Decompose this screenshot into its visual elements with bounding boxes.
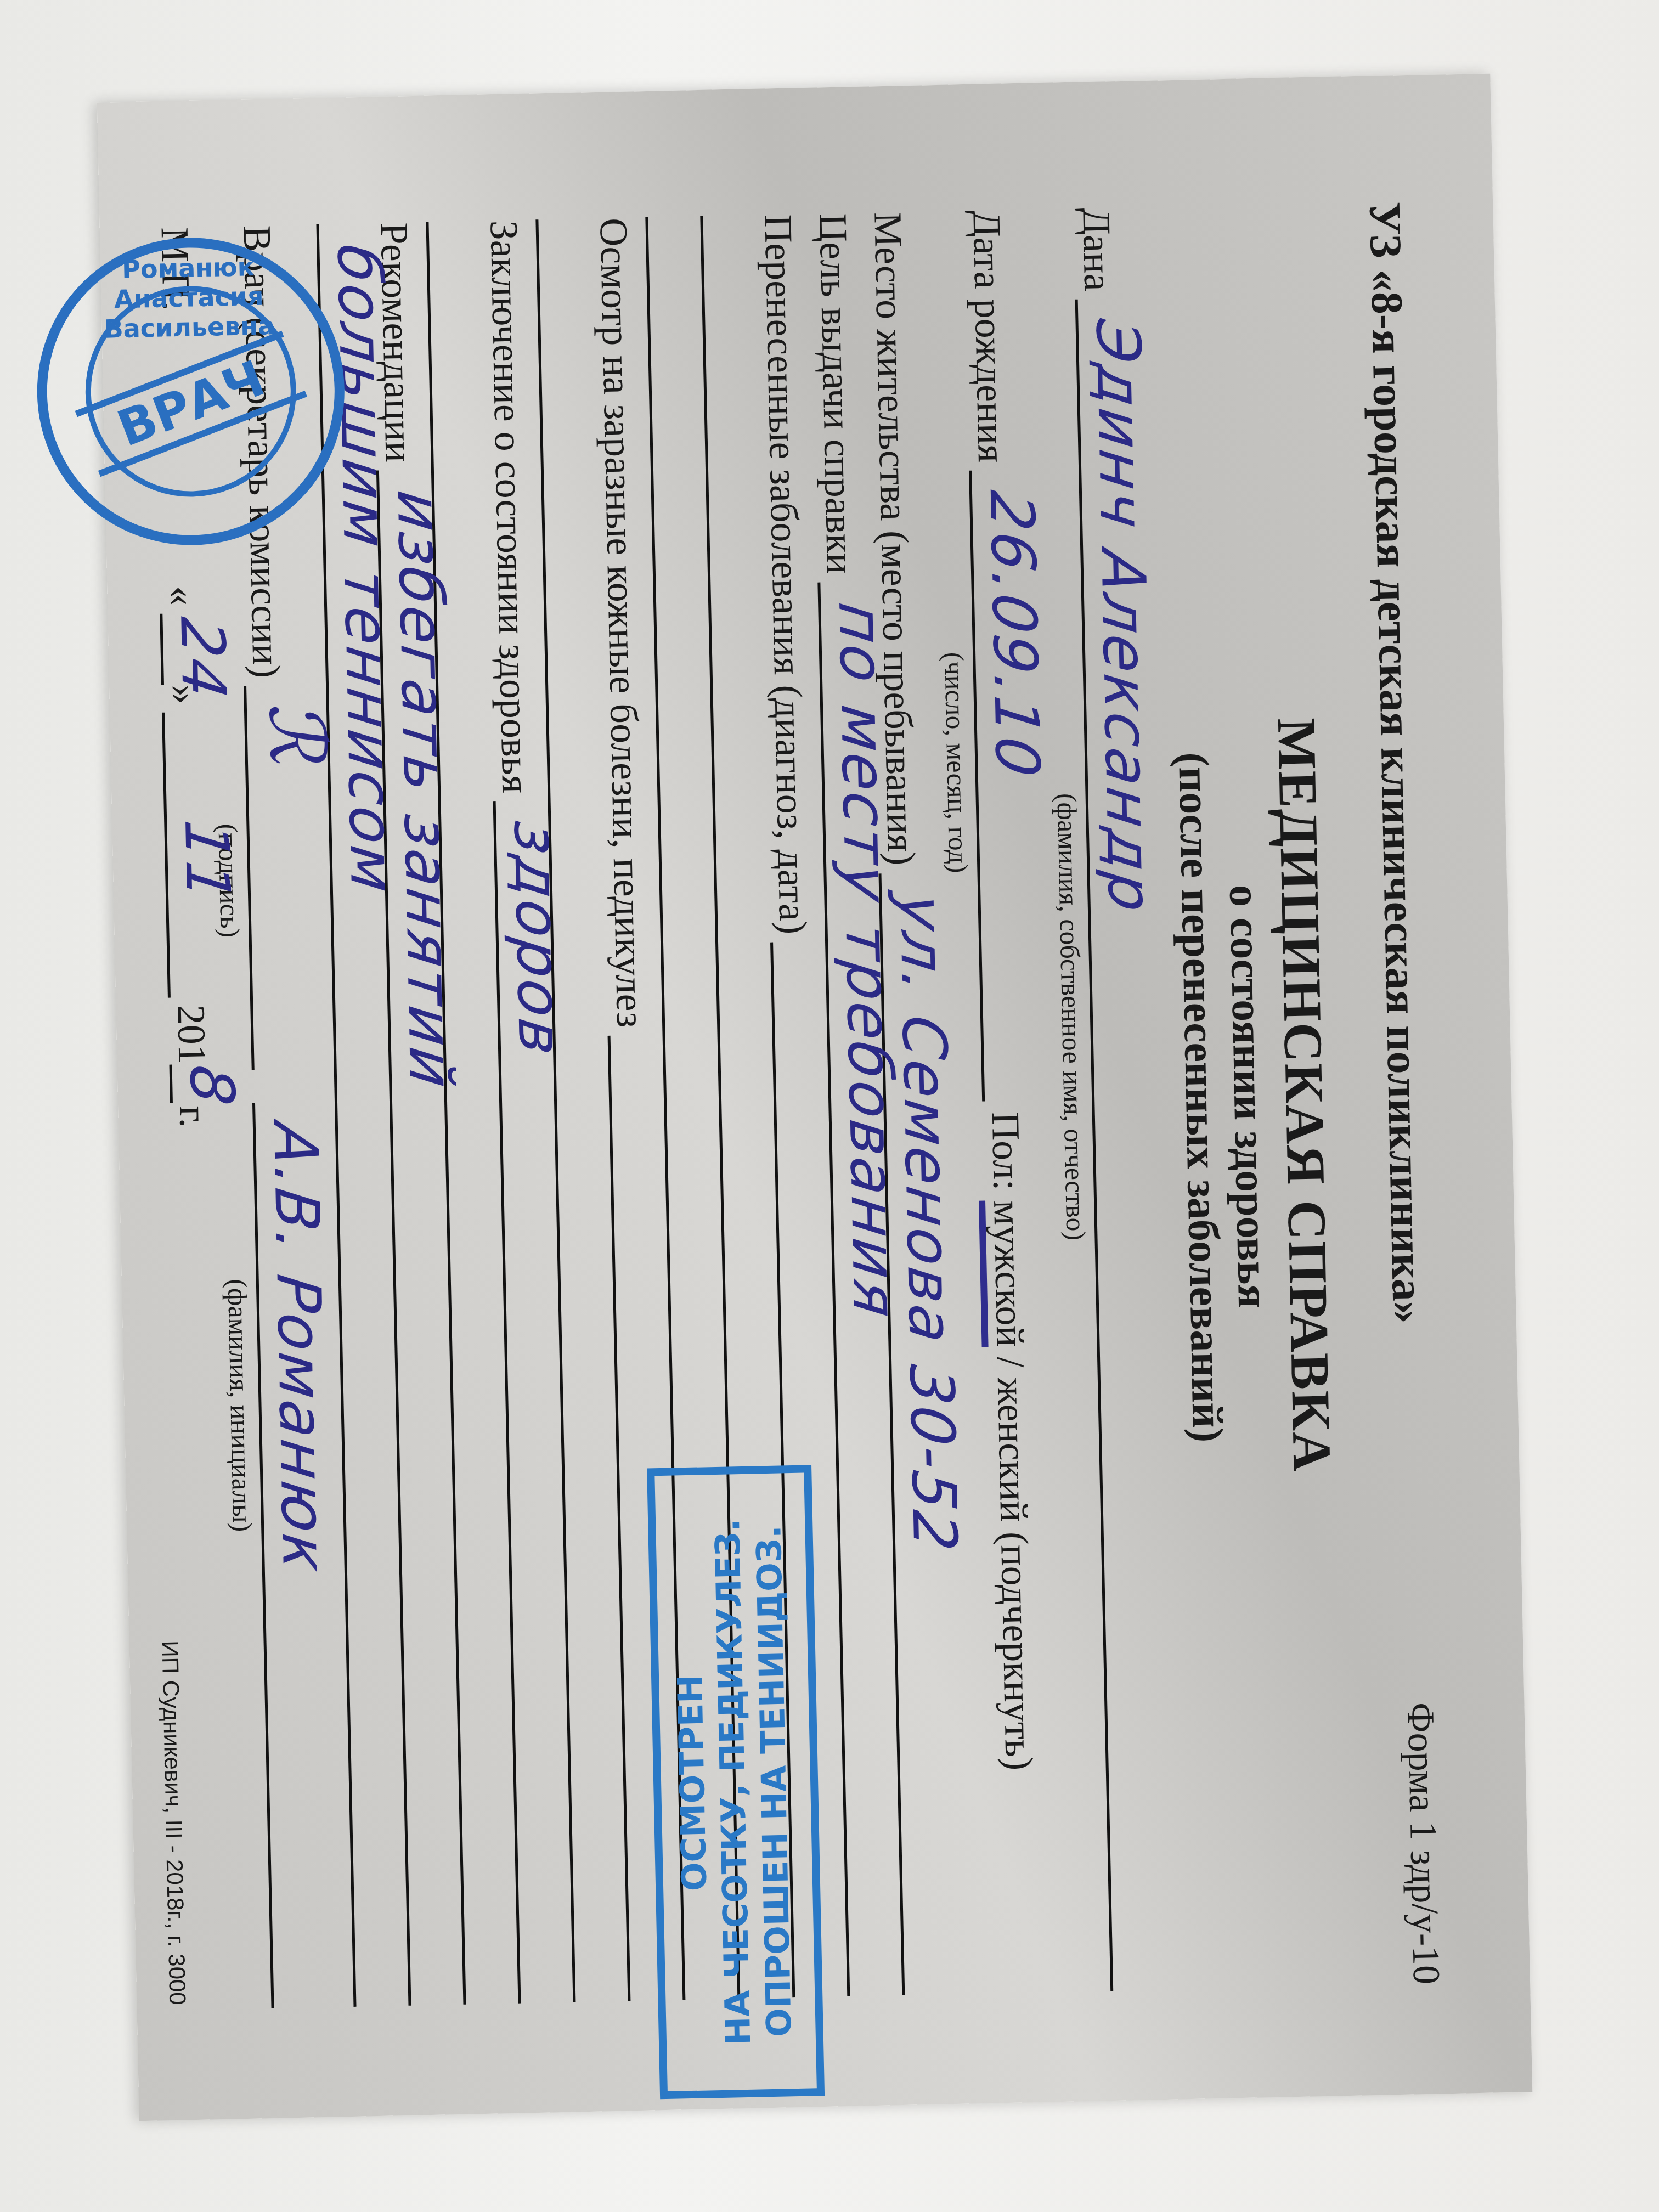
birth-date-field[interactable]: 26.09.10 (число, месяц, год): [969, 470, 1034, 1102]
date-year-unit: г.: [170, 1102, 216, 1136]
form-code: Форма 1 здр/у-10: [1398, 1702, 1448, 1984]
doctor-round-stamp: Романюк Анастасия Васильевна ВРАЧ: [34, 235, 348, 549]
issued-to-value: Эдинч Александр: [1082, 316, 1165, 918]
gender-option-male[interactable]: мужской: [979, 1200, 1032, 1347]
organization-name: УЗ «8-я городская детская клиническая по…: [1359, 201, 1434, 1324]
birth-date-label: Дата рождения: [963, 210, 1014, 471]
signature-field[interactable]: ℛ (подпись): [244, 685, 304, 1070]
birth-date-value: 26.09.10: [977, 488, 1053, 782]
doctor-name-value: А.В. Романюк: [260, 1120, 340, 1577]
title-block: МЕДИЦИНСКАЯ СПРАВКА о состоянии здоровья…: [1158, 203, 1355, 1989]
photo-background: УЗ «8-я городская детская клиническая по…: [60, 82, 1569, 2112]
issued-to-row: Дана Эдинч Александр (фамилия, собственн…: [1073, 207, 1163, 1991]
examination-stamp: ОСМОТРЕН НА ЧЕСОТКУ, ПЕДИКУЛЕЗ. ОПРОШЕН …: [647, 1465, 825, 2099]
gender-separator: /: [989, 1356, 1032, 1368]
doctor-name-field[interactable]: А.В. Романюк (фамилия, инициалы): [252, 1102, 324, 2008]
date-year-field[interactable]: 8: [169, 1064, 222, 1103]
skin-exam-label: Осмотр на заразные кожные болезни, педик…: [590, 217, 653, 1035]
gender-note: (подчеркнуть): [992, 1531, 1041, 1771]
birth-date-hint: (число, месяц, год): [938, 652, 974, 873]
date-month-value: 11: [171, 817, 243, 906]
birth-date-row: Дата рождения 26.09.10 (число, месяц, го…: [963, 210, 1053, 1993]
conclusion-value: здоров: [500, 818, 575, 1061]
gender-option-female[interactable]: женский: [989, 1377, 1036, 1522]
date-year-value: 8: [176, 1062, 247, 1110]
stamp-ring-text: Романюк Анастасия Васильевна: [44, 250, 334, 345]
gender-group: Пол: мужской / женский (подчеркнуть): [982, 1101, 1042, 1771]
date-month-field[interactable]: 11: [162, 712, 220, 998]
issued-to-field[interactable]: Эдинч Александр (фамилия, собственное им…: [1075, 298, 1163, 1991]
conclusion-label: Заключение о состоянии здоровья: [481, 220, 538, 802]
date-day-field[interactable]: 24: [160, 613, 213, 685]
date-year-prefix: 201: [168, 997, 215, 1065]
signature-mark: ℛ: [251, 702, 342, 776]
date-day-value: 24: [167, 614, 239, 704]
recommendations-value-2: большим теннисом: [324, 241, 408, 898]
form-body: УЗ «8-я городская детская клиническая по…: [166, 201, 1448, 2010]
issued-to-hint: (фамилия, собственное имя, отчество): [1051, 793, 1092, 1241]
issued-to-label: Дана: [1073, 207, 1120, 299]
gender-label: Пол:: [984, 1111, 1029, 1191]
purpose-label: Цель выдачи справки: [810, 213, 863, 582]
medical-certificate-sheet: УЗ «8-я городская детская клиническая по…: [97, 74, 1533, 2121]
past-diseases-label: Перенесенные заболевания (диагноз, дата): [755, 214, 816, 943]
conclusion-field[interactable]: здоров: [493, 800, 571, 2004]
